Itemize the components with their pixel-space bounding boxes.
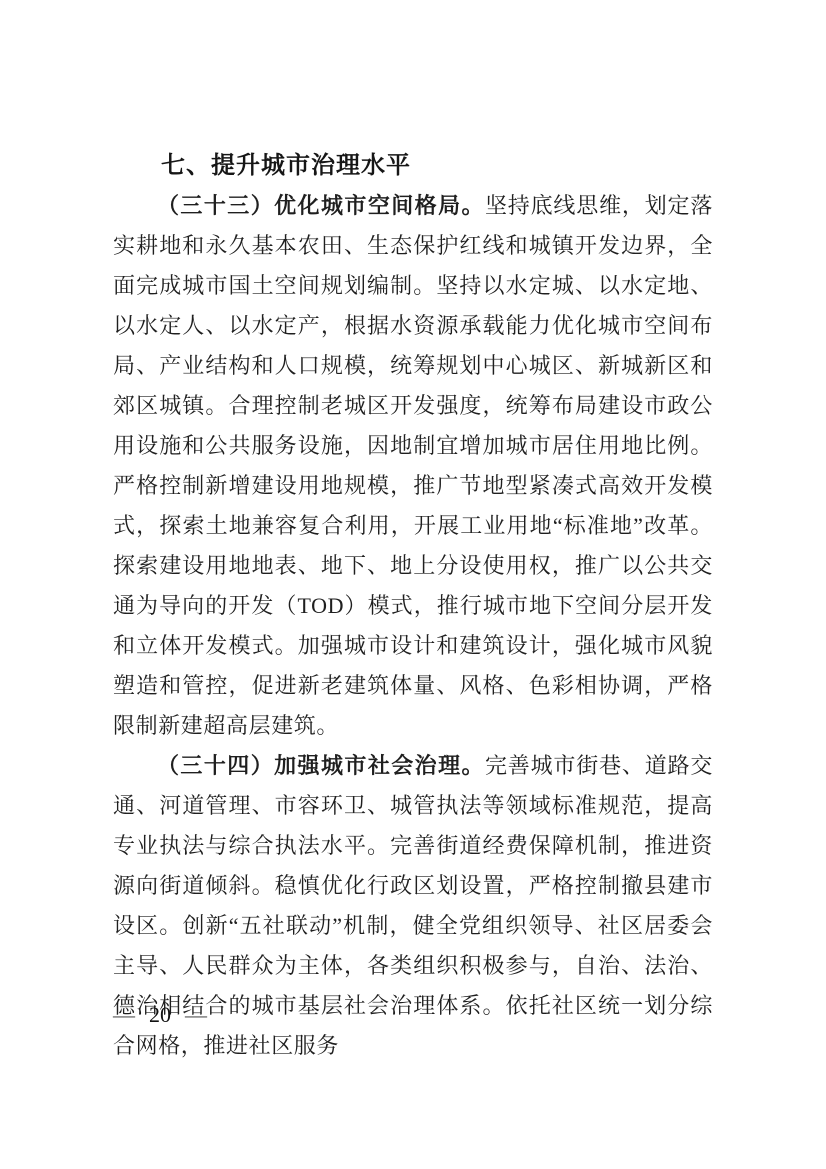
paragraph-lead: （三十四）加强城市社会治理。 [157,753,485,778]
document-content: 七、提升城市治理水平 （三十三）优化城市空间格局。坚持底线思维，划定落实耕地和永… [113,146,713,1066]
paragraph-body: 坚持底线思维，划定落实耕地和永久基本农田、生态保护红线和城镇开发边界，全面完成城… [113,193,713,738]
page-number-dash-left: — [113,1000,135,1030]
paragraph-lead: （三十三）优化城市空间格局。 [157,193,485,218]
page-number-dash-right: — [185,1000,207,1030]
document-page: 七、提升城市治理水平 （三十三）优化城市空间格局。坚持底线思维，划定落实耕地和永… [0,0,826,1169]
page-number-value: 20 [149,1000,171,1030]
section-heading: 七、提升城市治理水平 [113,146,713,186]
page-number: — 20 — [113,1000,207,1030]
paragraph: （三十三）优化城市空间格局。坚持底线思维，划定落实耕地和永久基本农田、生态保护红… [113,186,713,746]
